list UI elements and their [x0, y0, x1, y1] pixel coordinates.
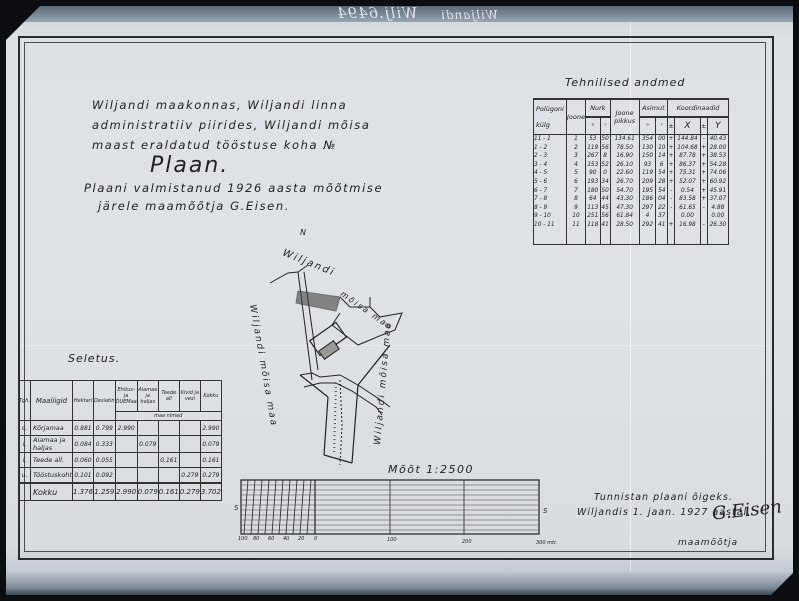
cell-ang-d: 251 — [586, 212, 601, 221]
cell-x-s: + — [668, 152, 675, 161]
legend-cell-c1 — [115, 468, 137, 484]
cell-az-d: 195 — [639, 187, 656, 196]
cell-y-s: + — [700, 178, 707, 187]
leg-col-total: Kokku — [200, 381, 221, 412]
legend-cell-total: 0.079 — [200, 436, 221, 453]
legend-cell-des: 0.333 — [94, 436, 116, 453]
plate-bottom-edge — [6, 570, 793, 595]
legend-cell-des: 0.799 — [94, 421, 116, 436]
legend-total-total: 3.702 — [200, 483, 221, 501]
legend-cell-name: Aiamaa ja haljas — [31, 436, 73, 453]
cell-len: 54.70 — [610, 187, 639, 196]
blank-cell — [668, 230, 675, 245]
cell-ang-d: 53 — [586, 135, 601, 144]
legend-cell-sign: c. — [19, 421, 31, 436]
blank-cell — [586, 230, 601, 245]
title-line-1: Wiljandi maakonnas, Wiljandi linna — [92, 98, 347, 112]
legend-row: c.Kõrjamaa0.8810.7992.9902.990 — [19, 421, 222, 436]
technical-data-title: Tehnilised andmed — [565, 76, 685, 89]
table-row: 1 - 221195678.5013010+104.68+28.00 — [534, 144, 729, 153]
plate-corner-bottom-right — [771, 573, 793, 595]
cell-len: 43.30 — [610, 195, 639, 204]
legend-cell-total: 0.161 — [200, 453, 221, 468]
blank-cell — [707, 230, 728, 245]
legend-cell-c4 — [179, 436, 200, 453]
legend-total-c2: 0.079 — [137, 483, 158, 501]
scale-side-mark: S — [543, 507, 547, 515]
certification-line-1: Tunnistan plaani õigeks. — [594, 492, 733, 503]
legend-total-ha: 1.376 — [72, 483, 93, 501]
road-edge — [270, 272, 298, 283]
legend-row: i.Aiamaa ja haljas0.0840.3330.0790.079 — [19, 436, 222, 453]
leg-col-road: Teede all — [158, 381, 179, 412]
cell-y: 26.30 — [707, 221, 728, 230]
site-plan-drawing: N Wiljandi mõisa maa Wiljandi mõisa maa … — [240, 225, 420, 475]
title-line-2: administratiiv piirides, Wiljandi mõisa — [92, 118, 370, 132]
cell-az-d: 292 — [639, 221, 656, 230]
plan-heading: Plaan. — [150, 153, 229, 178]
blank-cell — [639, 230, 656, 245]
legend-cell-c3 — [158, 421, 179, 436]
col-angle-min: ' — [600, 117, 610, 134]
cell-x: 87.78 — [675, 152, 701, 161]
leg-col-garden: Aiamaa ja haljas — [137, 381, 158, 412]
col-angle: Nurk — [586, 99, 611, 117]
cell-az-d: 150 — [639, 152, 656, 161]
legend-cell-c3 — [158, 468, 179, 484]
cell-y-s: - — [700, 204, 707, 213]
cell-len: 61.84 — [610, 212, 639, 221]
cell-az-m: 14 — [656, 152, 668, 161]
cell-side: 4 - 5 — [534, 169, 567, 178]
cell-ang-d: 90 — [586, 169, 601, 178]
cell-x-s: - — [668, 187, 675, 196]
blank-cell — [600, 230, 610, 245]
cell-x: 16.98 — [675, 221, 701, 230]
north-arrow-label: N — [300, 228, 306, 237]
cell-side: 9 - 10 — [534, 212, 567, 221]
table-row: 7 - 88644443.3018604-83.58+37.07 — [534, 195, 729, 204]
legend-total-name: Kokku — [31, 483, 73, 501]
cell-ang-m: 0 — [600, 169, 610, 178]
legend-total-c3: 0.161 — [158, 483, 179, 501]
cell-y: 38.53 — [707, 152, 728, 161]
cell-y-s: + — [700, 144, 707, 153]
cell-ang-m: 44 — [600, 195, 610, 204]
blank-cell — [656, 230, 668, 245]
table-row: 3 - 441535226.10936+86.37+54.28 — [534, 161, 729, 170]
table-row: 6 - 771805054.7019554-0.54+45.91 — [534, 187, 729, 196]
legend-cell-ha: 0.101 — [72, 468, 93, 484]
cell-ang-m: 52 — [600, 161, 610, 170]
cell-ang-d: 119 — [586, 144, 601, 153]
cell-az-m: 54 — [656, 187, 668, 196]
cell-y: 60.92 — [707, 178, 728, 187]
cell-len: 22.60 — [610, 169, 639, 178]
cell-az-d: 119 — [639, 169, 656, 178]
cell-no: 7 — [567, 187, 586, 196]
cell-len: 28.50 — [610, 221, 639, 230]
cell-y-s: + — [700, 152, 707, 161]
legend-cell-ha: 0.060 — [72, 453, 93, 468]
scale-tick: 100 — [387, 537, 397, 543]
leg-col-land-type: Maaliigid — [31, 381, 73, 421]
cell-no: 9 — [567, 204, 586, 213]
cell-x-s: + — [668, 221, 675, 230]
col-coordinates: Koordinaadid — [668, 99, 729, 117]
legend-cell-sign — [19, 483, 31, 501]
legend-cell-c4 — [179, 421, 200, 436]
blank-cell — [700, 230, 707, 245]
legend-cell-c2 — [137, 468, 158, 484]
cell-y-s: + — [700, 195, 707, 204]
cell-ang-m: 50 — [600, 135, 610, 144]
cell-ang-m: 50 — [600, 187, 610, 196]
title-line-3: maast eraldatud tööstuse koha № — [92, 138, 337, 152]
cell-ang-d: 193 — [586, 178, 601, 187]
cell-x-s: + — [668, 144, 675, 153]
cell-side: 1 - 2 — [534, 144, 567, 153]
scale-side-mark: S — [234, 504, 238, 512]
technical-data-table: Polügonikülg Joone Nurk Joone pikkus Asi… — [533, 98, 729, 245]
cell-az-m: 28 — [656, 178, 668, 187]
cell-side: 10 - 11 — [534, 221, 567, 230]
cell-y: 40.43 — [707, 135, 728, 144]
cell-y-s — [700, 212, 707, 221]
cell-len: 134.61 — [610, 135, 639, 144]
scale-label: Mõõt 1:2500 — [388, 463, 474, 476]
cell-y: 45.91 — [707, 187, 728, 196]
legend-total-row: Kokku1.3761.2592.9900.0790.1610.2793.702 — [19, 483, 222, 501]
cell-side: 5 - 6 — [534, 178, 567, 187]
cell-az-m: 10 — [656, 144, 668, 153]
legend-cell-c3 — [158, 436, 179, 453]
scale-tick: 40 — [283, 536, 289, 542]
cell-az-d: 130 — [639, 144, 656, 153]
col-x-sign: ± — [668, 117, 675, 134]
col-az-min: ' — [656, 117, 668, 134]
legend-cell-c1 — [115, 453, 137, 468]
cell-az-d: 297 — [639, 204, 656, 213]
cell-no: 4 — [567, 161, 586, 170]
table-row: 11 - 115350134.6135400+144.84-40.43 — [534, 135, 729, 144]
cell-ang-d: 180 — [586, 187, 601, 196]
cell-az-d: 4 — [639, 212, 656, 221]
cell-side: 11 - 1 — [534, 135, 567, 144]
table-row-blank — [534, 230, 729, 245]
cell-y: 74.06 — [707, 169, 728, 178]
legend-cell-sign: i. — [19, 453, 31, 468]
cell-y-s: + — [700, 169, 707, 178]
cell-x-s: - — [668, 195, 675, 204]
cell-no: 2 — [567, 144, 586, 153]
cell-no: 8 — [567, 195, 586, 204]
legend-cell-ha: 0.084 — [72, 436, 93, 453]
scale-tick: 60 — [268, 536, 274, 542]
legend-cell-c2: 0.079 — [137, 436, 158, 453]
boundary-label-southeast: Wiljandi mõisa maa — [373, 321, 394, 446]
legend-row: i.Teede all.0.0600.0550.1610.161 — [19, 453, 222, 468]
table-row: 9 - 10102515661.844370.000.00 — [534, 212, 729, 221]
cell-x: 86.37 — [675, 161, 701, 170]
cell-az-m: 04 — [656, 195, 668, 204]
plate-inscription-id: Wilj.6494 — [336, 4, 417, 22]
cell-x: 104.68 — [675, 144, 701, 153]
col-x: X — [675, 117, 701, 134]
legend-cell-sign: u. — [19, 468, 31, 484]
surveyor-role: maamõõtja — [678, 538, 738, 548]
cell-ang-d: 64 — [586, 195, 601, 204]
cell-ang-d: 267 — [586, 152, 601, 161]
legend-cell-total: 0.279 — [200, 468, 221, 484]
legend-cell-name: Tööstuskoht — [31, 468, 73, 484]
leg-col-water: Kivid ja vesi — [179, 381, 200, 412]
scale-bar — [240, 478, 540, 540]
cell-len: 47.30 — [610, 204, 639, 213]
col-azimuth: Asimut — [639, 99, 667, 117]
col-line-no: Joone — [567, 99, 586, 135]
table-row: 5 - 661933426.7020928+52.07+60.92 — [534, 178, 729, 187]
plate-corner-top-left — [6, 6, 40, 40]
leg-col-hectares: Hektari — [72, 381, 93, 421]
blank-cell — [610, 230, 639, 245]
boundary-label-north: Wiljandi — [281, 248, 337, 279]
cell-x: 0.54 — [675, 187, 701, 196]
cell-az-d: 209 — [639, 178, 656, 187]
cell-x: 0.00 — [675, 212, 701, 221]
cell-side: 6 - 7 — [534, 187, 567, 196]
scale-tick: 100 — [238, 536, 248, 542]
legend-cell-c2 — [137, 421, 158, 436]
leg-col-sign: Tgh. — [19, 381, 31, 421]
col-polygon: Polügonikülg — [534, 99, 567, 135]
cell-no: 11 — [567, 221, 586, 230]
cell-x-s: + — [668, 161, 675, 170]
cell-y: 4.88 — [707, 204, 728, 213]
cell-y-s: + — [700, 187, 707, 196]
cell-x-s — [668, 212, 675, 221]
cell-no: 1 — [567, 135, 586, 144]
table-row: 10 - 11111184128.5029241+16.98-26.30 — [534, 221, 729, 230]
leg-subheader: maa nimed — [115, 412, 221, 421]
cell-no: 5 — [567, 169, 586, 178]
cell-y: 54.28 — [707, 161, 728, 170]
col-angle-deg: ° — [586, 117, 601, 134]
cell-y: 0.00 — [707, 212, 728, 221]
blank-cell — [675, 230, 701, 245]
legend-total-c1: 2.990 — [115, 483, 137, 501]
legend-cell-des: 0.055 — [94, 453, 116, 468]
cell-len: 16.90 — [610, 152, 639, 161]
cell-no: 3 — [567, 152, 586, 161]
cell-ang-m: 8 — [600, 152, 610, 161]
cell-len: 78.50 — [610, 144, 639, 153]
legend-cell-c4: 0.279 — [179, 468, 200, 484]
cell-side: 3 - 4 — [534, 161, 567, 170]
legend-cell-c1 — [115, 436, 137, 453]
table-row: 2 - 33267816.9015014+87.78+38.53 — [534, 152, 729, 161]
cell-x: 75.31 — [675, 169, 701, 178]
cell-ang-m: 45 — [600, 204, 610, 213]
subtitle-line-1: Plaani valmistanud 1926 aasta mõõtmise — [84, 181, 383, 195]
cell-x: 83.58 — [675, 195, 701, 204]
cell-az-d: 186 — [639, 195, 656, 204]
legend-cell-c4 — [179, 453, 200, 468]
cell-az-d: 93 — [639, 161, 656, 170]
table-row: 4 - 5590022.6011954+75.31+74.06 — [534, 169, 729, 178]
leg-col-buildings: Ehitus- ja ÕUEMaa — [115, 381, 137, 412]
legend-cell-sign: i. — [19, 436, 31, 453]
scale-tick: 20 — [298, 536, 304, 542]
legend-table: Tgh. Maaliigid Hektari Desiatin Ehitus- … — [18, 380, 222, 501]
cell-az-m: 22 — [656, 204, 668, 213]
legend-cell-name: Teede all. — [31, 453, 73, 468]
legend-cell-ha: 0.881 — [72, 421, 93, 436]
cell-side: 7 - 8 — [534, 195, 567, 204]
cell-az-m: 41 — [656, 221, 668, 230]
cell-ang-d: 153 — [586, 161, 601, 170]
col-y: Y — [707, 117, 728, 134]
legend-row: u.Tööstuskoht0.1010.0920.2790.279 — [19, 468, 222, 484]
cell-ang-d: 113 — [586, 204, 601, 213]
legend-total-des: 1.259 — [94, 483, 116, 501]
blank-cell — [567, 230, 586, 245]
legend-title: Seletus. — [68, 352, 120, 365]
legend-cell-c1: 2.990 — [115, 421, 137, 436]
cell-side: 8 - 9 — [534, 204, 567, 213]
legend-cell-name: Kõrjamaa — [31, 421, 73, 436]
legend-cell-c3: 0.161 — [158, 453, 179, 468]
scale-tick: 0 — [314, 536, 317, 542]
cell-no: 6 — [567, 178, 586, 187]
legend-cell-des: 0.092 — [94, 468, 116, 484]
leg-col-desiatin: Desiatin — [94, 381, 116, 421]
scale-tick: 300 mtr. — [536, 540, 557, 546]
cell-x-s: + — [668, 169, 675, 178]
cell-ang-d: 118 — [586, 221, 601, 230]
cell-az-m: 37 — [656, 212, 668, 221]
subtitle-line-2: järele maamõõtja G.Eisen. — [98, 199, 290, 213]
cell-x: 61.65 — [675, 204, 701, 213]
cell-az-m: 6 — [656, 161, 668, 170]
cell-ang-m: 41 — [600, 221, 610, 230]
cell-len: 26.70 — [610, 178, 639, 187]
cell-x-s: - — [668, 204, 675, 213]
cell-az-d: 354 — [639, 135, 656, 144]
cell-x-s: + — [668, 178, 675, 187]
cell-y-s: - — [700, 221, 707, 230]
cell-ang-m: 56 — [600, 144, 610, 153]
col-y-sign: ± — [700, 117, 707, 134]
cell-side: 2 - 3 — [534, 152, 567, 161]
cell-len: 26.10 — [610, 161, 639, 170]
legend-cell-c2 — [137, 453, 158, 468]
legend-total-c4: 0.279 — [179, 483, 200, 501]
cell-ang-m: 34 — [600, 178, 610, 187]
cell-y: 37.07 — [707, 195, 728, 204]
table-row: 8 - 991134547.3029722-61.65-4.88 — [534, 204, 729, 213]
scale-tick: 200 — [462, 539, 472, 545]
cell-az-m: 54 — [656, 169, 668, 178]
cell-y: 28.00 — [707, 144, 728, 153]
cell-no: 10 — [567, 212, 586, 221]
cell-x-s: + — [668, 135, 675, 144]
legend-cell-total: 2.990 — [200, 421, 221, 436]
scale-tick: 80 — [253, 536, 259, 542]
col-length: Joone pikkus — [610, 99, 639, 135]
cell-y-s: + — [700, 161, 707, 170]
blank-cell — [534, 230, 567, 245]
boundary-label-west: Wiljandi mõisa maa — [247, 304, 278, 428]
plate-inscription-place: Wiljandi — [440, 8, 498, 22]
cell-x: 52.07 — [675, 178, 701, 187]
cell-y-s: - — [700, 135, 707, 144]
cell-x: 144.84 — [675, 135, 701, 144]
cell-az-m: 00 — [656, 135, 668, 144]
cell-ang-m: 56 — [600, 212, 610, 221]
col-az-deg: ° — [639, 117, 656, 134]
